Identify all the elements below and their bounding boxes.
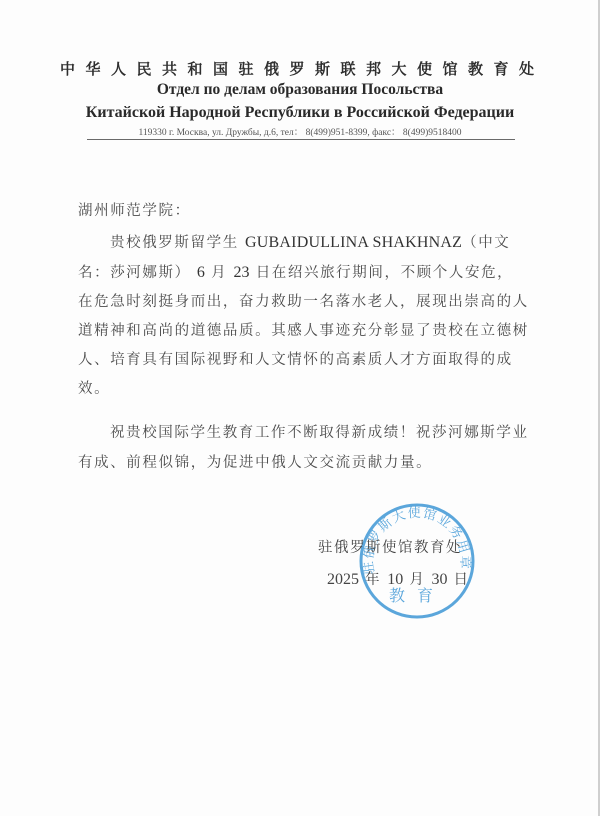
paragraph1-line1: 贵校俄罗斯留学生 GUBAIDULLINA SHAKHNAZ（中文 xyxy=(110,231,510,252)
date-month-unit: 月 xyxy=(409,572,425,588)
date-day: 30 xyxy=(431,571,447,588)
salutation: 湖州师范学院： xyxy=(78,199,191,220)
letterhead-address: 119330 г. Москва, ул. Дружбы, д.6, тел： … xyxy=(60,124,540,138)
paragraph2-line2: 有成、前程似锦，为促进中俄人文交流贡献力量。 xyxy=(78,451,432,472)
paragraph1-line3: 在危急时刻挺身而出，奋力救助一名落水老人，展现出崇高的人 xyxy=(78,290,529,311)
letter-page: 中华人民共和国驻俄罗斯联邦大使馆教育处 Отдел по делам образ… xyxy=(0,0,600,816)
signature-organization: 驻俄罗斯使馆教育处 xyxy=(318,536,462,557)
date-month: 10 xyxy=(387,571,403,588)
letterhead-title-ru-line2: Китайской Народной Республики в Российск… xyxy=(60,104,540,122)
paragraph1-line2-prefix: 名：莎河娜斯） xyxy=(78,265,191,281)
paragraph1-line1-suffix: （中文 xyxy=(462,235,510,251)
paragraph1-line6: 效。 xyxy=(78,377,110,398)
incident-day: 23 xyxy=(233,264,249,281)
paragraph1-line2-suffix: 日在绍兴旅行期间，不顾个人安危， xyxy=(256,265,514,281)
official-seal-icon: 驻俄罗斯大使馆业务用章 教育 xyxy=(358,503,476,619)
incident-month: 6 xyxy=(197,264,205,281)
letterhead-title-ru-line1: Отдел по делам образования Посольства xyxy=(60,81,540,99)
letterhead-title-zh: 中华人民共和国驻俄罗斯联邦大使馆教育处 xyxy=(60,58,540,79)
paragraph1-line4: 道精神和高尚的道德品质。其感人事迹充分彰显了贵校在立德树 xyxy=(78,319,529,340)
date-year-unit: 年 xyxy=(365,572,381,588)
incident-month-unit: 月 xyxy=(211,265,227,281)
date-day-unit: 日 xyxy=(454,572,470,588)
date-year: 2025 xyxy=(327,571,359,588)
paragraph1-line1-prefix: 贵校俄罗斯留学生 xyxy=(110,235,239,251)
paragraph2-line1: 祝贵校国际学生教育工作不断取得新成绩！祝莎河娜斯学业 xyxy=(110,421,529,442)
paragraph1-line2: 名：莎河娜斯） 6 月 23 日在绍兴旅行期间，不顾个人安危， xyxy=(78,261,513,282)
letterhead-divider xyxy=(87,139,515,140)
signature-date: 2025 年 10 月 30 日 xyxy=(327,568,470,589)
student-name-latin: GUBAIDULLINA SHAKHNAZ xyxy=(245,234,462,251)
paragraph1-line5: 人、培育具有国际视野和人文情怀的高素质人才方面取得的成 xyxy=(78,348,513,369)
